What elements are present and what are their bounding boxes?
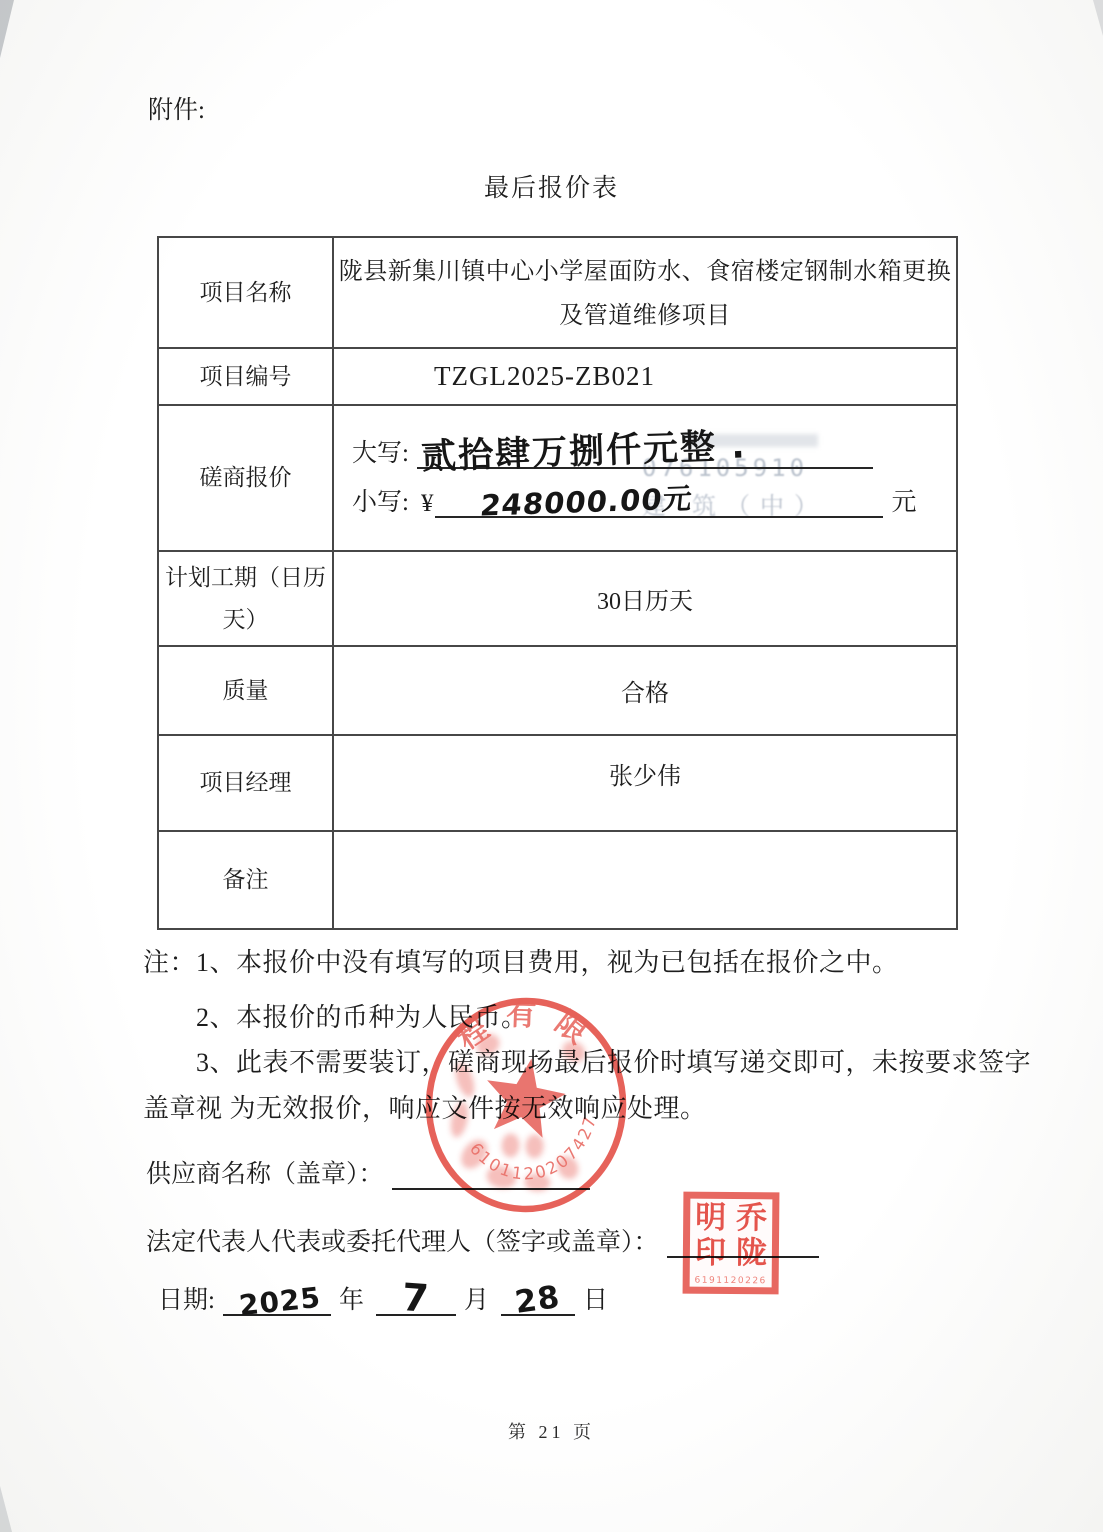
year-unit-label: 年 xyxy=(339,1280,364,1316)
table-row-quote: 磋商报价 大写: 贰拾肆万捌仟元整 . 小写: ¥ 248000.00元 元 xyxy=(159,404,956,550)
month-unit-label: 月 xyxy=(464,1280,489,1316)
row-value: 合格 xyxy=(334,647,956,734)
table-row-duration: 计划工期（日历天） 30日历天 xyxy=(159,550,956,645)
legal-representative-label: 法定代表人代表或委托代理人（签字或盖章）： xyxy=(146,1222,659,1258)
photo-corner-artifact-top-left xyxy=(0,0,14,58)
date-field: 日期: 2025 年 7 月 28 日 xyxy=(158,1272,612,1316)
table-row-project-manager: 项目经理 张少伟 xyxy=(159,734,956,830)
table-row-quality: 质量 合格 xyxy=(159,645,956,734)
photo-corner-artifact-bottom-left xyxy=(0,1486,12,1532)
row-value: 30日历天 xyxy=(334,552,956,645)
quote-cell: 大写: 贰拾肆万捌仟元整 . 小写: ¥ 248000.00元 元 xyxy=(334,406,956,550)
currency-symbol: ¥ xyxy=(421,490,434,518)
date-day-underline: 28 xyxy=(501,1276,575,1316)
seal-star-icon xyxy=(479,1052,571,1141)
row-value xyxy=(334,832,956,928)
row-label: 备注 xyxy=(159,832,334,928)
seal-char-top-left: 明 xyxy=(690,1200,731,1235)
capital-amount-underline: 贰拾肆万捌仟元整 . xyxy=(417,425,873,469)
row-value: 陇县新集川镇中心小学屋面防水、食宿楼定钢制水箱更换及管道维修项目 xyxy=(334,238,956,347)
table-row-project-name: 项目名称 陇县新集川镇中心小学屋面防水、食宿楼定钢制水箱更换及管道维修项目 xyxy=(159,238,956,347)
document-page: 附件: 最后报价表 076105910 建 筑（中） 项目名称 陇县新集川镇中心… xyxy=(0,0,1103,1532)
row-label: 项目经理 xyxy=(159,736,334,830)
supplier-name-label: 供应商名称（盖章）： xyxy=(146,1154,384,1190)
numeric-amount-label: 小写: xyxy=(352,482,409,518)
handwritten-year: 2025 xyxy=(237,1281,322,1322)
seal-char-bottom-right: 陇 xyxy=(731,1235,772,1270)
date-label: 日期: xyxy=(158,1280,215,1316)
round-company-seal: 程有限 6101120207427 xyxy=(416,990,636,1219)
row-label: 磋商报价 xyxy=(159,406,334,550)
square-seal-serial: 6191120226 xyxy=(690,1276,772,1287)
date-year-underline: 2025 xyxy=(223,1276,331,1316)
photo-corner-artifact-top-right xyxy=(1093,0,1103,36)
handwritten-month: 7 xyxy=(400,1275,429,1321)
square-name-seal: 明 乔 印 陇 6191120226 xyxy=(683,1192,780,1295)
quotation-table: 项目名称 陇县新集川镇中心小学屋面防水、食宿楼定钢制水箱更换及管道维修项目 项目… xyxy=(157,236,958,930)
row-value: TZGL2025-ZB021 xyxy=(334,349,956,404)
handwritten-day: 28 xyxy=(513,1279,563,1321)
date-month-underline: 7 xyxy=(376,1276,456,1316)
quote-capital-line: 大写: 贰拾肆万捌仟元整 . xyxy=(352,420,956,469)
seal-char-top-right: 乔 xyxy=(731,1200,772,1235)
table-row-remarks: 备注 xyxy=(159,830,956,928)
day-unit-label: 日 xyxy=(583,1280,608,1316)
yuan-unit-suffix: 元 xyxy=(891,482,916,518)
row-label: 项目编号 xyxy=(159,349,334,404)
row-label: 项目名称 xyxy=(159,238,334,347)
page-number: 第 21 页 xyxy=(0,1418,1103,1444)
attachment-label: 附件: xyxy=(148,90,205,126)
numeric-amount-underline: 248000.00元 xyxy=(435,478,883,518)
seal-char-bottom-left: 印 xyxy=(690,1235,731,1270)
note-line-1: 注：1、本报价中没有填写的项目费用，视为已包括在报价之中。 xyxy=(143,942,899,979)
row-value: 张少伟 xyxy=(334,736,956,830)
table-row-project-number: 项目编号 TZGL2025-ZB021 xyxy=(159,347,956,404)
handwritten-numeric-amount: 248000.00元 xyxy=(479,476,696,524)
capital-amount-label: 大写: xyxy=(352,433,409,469)
row-label: 质量 xyxy=(159,647,334,734)
page-title: 最后报价表 xyxy=(0,168,1103,204)
seal-characters: 明 乔 印 陇 xyxy=(690,1200,773,1271)
row-label: 计划工期（日历天） xyxy=(159,552,334,645)
